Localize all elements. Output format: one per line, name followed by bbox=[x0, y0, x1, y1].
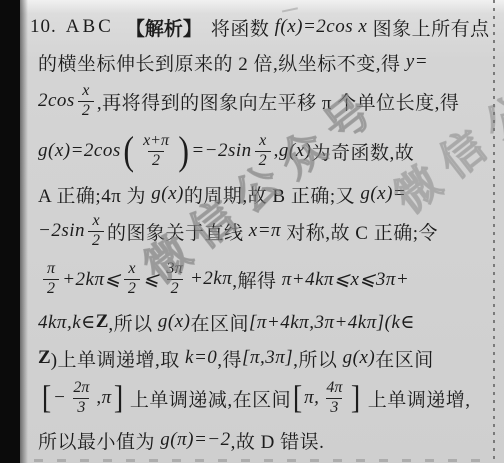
math-segment: − bbox=[53, 387, 66, 409]
fraction-denominator: 2 bbox=[43, 279, 59, 298]
solution-line-7: π2 +2kπ⩽ x2 ⩽ 3π2 +2kπ ,解得 π+4kπ⩽x⩽3π+ bbox=[40, 256, 409, 302]
solution-line-8: 4kπ,k∈ Z ,所以 g(x) 在区间 [π+4kπ,3π+4kπ](k∈ bbox=[38, 308, 415, 336]
fraction-numerator: x bbox=[78, 83, 93, 101]
math-segment: g(x) bbox=[158, 311, 191, 333]
integer-set-symbol: Z bbox=[96, 311, 109, 333]
text-segment: ,故 D 错误. bbox=[231, 427, 325, 454]
solution-line-5: A 正确;4π 为 g(x) 的周期,故 B 正确;又 g(x)= bbox=[38, 180, 406, 208]
fraction: x+π2 bbox=[139, 133, 173, 170]
solution-line-10: [ − 2π3 , π ] 上单调递减,在区间 [ π, 4π3 ] 上单调递增… bbox=[40, 374, 470, 422]
text-segment: ,解得 bbox=[232, 266, 282, 293]
scan-edge-fade bbox=[20, 0, 28, 463]
text-segment: 对称,故 C 正确;令 bbox=[281, 218, 438, 245]
text-segment: 的横坐标伸长到原来的 2 倍,纵坐标不变,得 bbox=[38, 49, 406, 76]
math-segment: 2cos bbox=[38, 90, 75, 112]
math-segment: π bbox=[102, 387, 112, 409]
fraction: π2 bbox=[43, 261, 59, 298]
right-dotted-rule bbox=[493, 0, 495, 463]
fraction-numerator: 4π bbox=[322, 380, 346, 398]
item-number: 10. bbox=[30, 16, 57, 38]
fraction-denominator: 2 bbox=[78, 101, 94, 120]
top-scan-artifact bbox=[280, 0, 298, 13]
math-segment: ⩽ bbox=[143, 268, 159, 291]
answer-key: ABC bbox=[66, 16, 114, 38]
big-bracket-open: [ bbox=[42, 382, 51, 415]
text-segment: 为奇函数,故 bbox=[312, 138, 415, 165]
fraction-numerator: x bbox=[88, 213, 103, 231]
math-segment: [π+4kπ,3π+4kπ](k∈ bbox=[249, 311, 415, 334]
fraction-denominator: 3 bbox=[326, 398, 342, 417]
text-segment: ,再将得到的图象向左平移 π 个单位长度,得 bbox=[97, 88, 460, 115]
math-segment: g(x) bbox=[279, 140, 312, 162]
math-segment: g(π)=−2 bbox=[160, 429, 230, 451]
math-segment: f(x)=2cos x bbox=[275, 16, 368, 38]
solution-line-3: 2cos x2 ,再将得到的图象向左平移 π 个单位长度,得 bbox=[38, 80, 459, 122]
fraction: x2 bbox=[88, 213, 104, 250]
math-segment: g(x)= bbox=[360, 183, 406, 205]
scanned-solution-page: 微信公众号 微信公众号 10. ABC 【解析】 将函数 f(x)=2cos x… bbox=[0, 0, 504, 463]
math-segment: y= bbox=[406, 51, 428, 73]
fraction-denominator: 2 bbox=[255, 151, 271, 170]
fraction-numerator: π bbox=[43, 261, 59, 279]
fraction: 4π3 bbox=[322, 380, 346, 417]
text-segment: 的图象关于直线 bbox=[107, 218, 249, 245]
analysis-label: 【解析】 bbox=[126, 14, 202, 41]
fraction-denominator: 2 bbox=[148, 151, 164, 170]
scan-edge-band bbox=[0, 0, 20, 463]
math-segment: x=π bbox=[249, 220, 281, 242]
math-segment: +2kπ bbox=[190, 268, 232, 290]
big-bracket-close: ] bbox=[351, 382, 360, 415]
integer-set-symbol: Z bbox=[38, 347, 51, 369]
big-bracket-close: ] bbox=[113, 382, 122, 415]
fraction-denominator: 3 bbox=[73, 398, 89, 417]
math-segment: π, bbox=[304, 387, 319, 409]
math-segment: [π,3π] bbox=[242, 347, 293, 369]
solution-line-6: −2sin x2 的图象关于直线 x=π 对称,故 C 正确;令 bbox=[38, 210, 438, 252]
text-segment: 将函数 bbox=[211, 14, 275, 41]
fraction-numerator: x bbox=[255, 133, 270, 151]
math-segment: −2sin bbox=[38, 220, 85, 242]
fraction: x2 bbox=[255, 133, 271, 170]
math-segment: g(x) bbox=[151, 183, 184, 205]
text-segment: 在区间 bbox=[191, 309, 250, 336]
fraction: x2 bbox=[78, 83, 94, 120]
solution-line-11: 所以最小值为 g(π)=−2 ,故 D 错误. bbox=[38, 426, 324, 454]
text-segment: 上单调递增, bbox=[362, 385, 470, 412]
solution-line-2: 的横坐标伸长到原来的 2 倍,纵坐标不变,得 y= bbox=[38, 48, 428, 76]
fraction: 2π3 bbox=[69, 380, 93, 417]
text-segment: 的周期,故 B 正确;又 bbox=[184, 181, 360, 208]
math-segment: k=0 bbox=[185, 347, 217, 369]
text-segment: A 正确;4π 为 bbox=[38, 181, 151, 208]
text-segment: ,所以 bbox=[108, 309, 158, 336]
text-segment: 图象上所有点 bbox=[367, 14, 489, 41]
big-bracket-open: [ bbox=[293, 382, 302, 415]
text-segment: )上单调递增,取 bbox=[51, 345, 185, 372]
solution-line-1: 10. ABC 【解析】 将函数 f(x)=2cos x 图象上所有点 bbox=[30, 12, 490, 42]
math-segment: +2kπ⩽ bbox=[62, 268, 121, 291]
fraction-denominator: 2 bbox=[124, 279, 140, 298]
math-segment: 4kπ,k∈ bbox=[38, 311, 96, 334]
math-segment: g(x) bbox=[343, 347, 376, 369]
fraction: 3π2 bbox=[163, 261, 187, 298]
big-paren-open: ( bbox=[123, 131, 134, 171]
bottom-scan-dashes bbox=[34, 459, 490, 462]
fraction-numerator: 3π bbox=[163, 261, 187, 279]
math-segment: π+4kπ⩽x⩽3π+ bbox=[282, 268, 409, 291]
big-paren-close: ) bbox=[178, 131, 189, 171]
fraction-numerator: x+π bbox=[139, 133, 173, 151]
text-segment: 上单调递减,在区间 bbox=[125, 385, 292, 412]
fraction: x2 bbox=[124, 261, 140, 298]
text-segment: ,所以 bbox=[293, 345, 343, 372]
fraction-numerator: 2π bbox=[69, 380, 93, 398]
solution-line-4: g(x)=2cos ( x+π2 ) =−2sin x2 , g(x) 为奇函数… bbox=[38, 126, 414, 176]
fraction-numerator: x bbox=[124, 261, 139, 279]
text-segment: ,得 bbox=[217, 345, 242, 372]
text-segment: 所以最小值为 bbox=[38, 427, 160, 454]
math-segment: =−2sin bbox=[191, 140, 251, 162]
math-segment: g(x)=2cos bbox=[38, 140, 121, 162]
solution-line-9: Z )上单调递增,取 k=0 ,得 [π,3π] ,所以 g(x) 在区间 bbox=[38, 344, 434, 372]
fraction-denominator: 2 bbox=[167, 279, 183, 298]
text-segment: 在区间 bbox=[375, 345, 434, 372]
fraction-denominator: 2 bbox=[88, 231, 104, 250]
